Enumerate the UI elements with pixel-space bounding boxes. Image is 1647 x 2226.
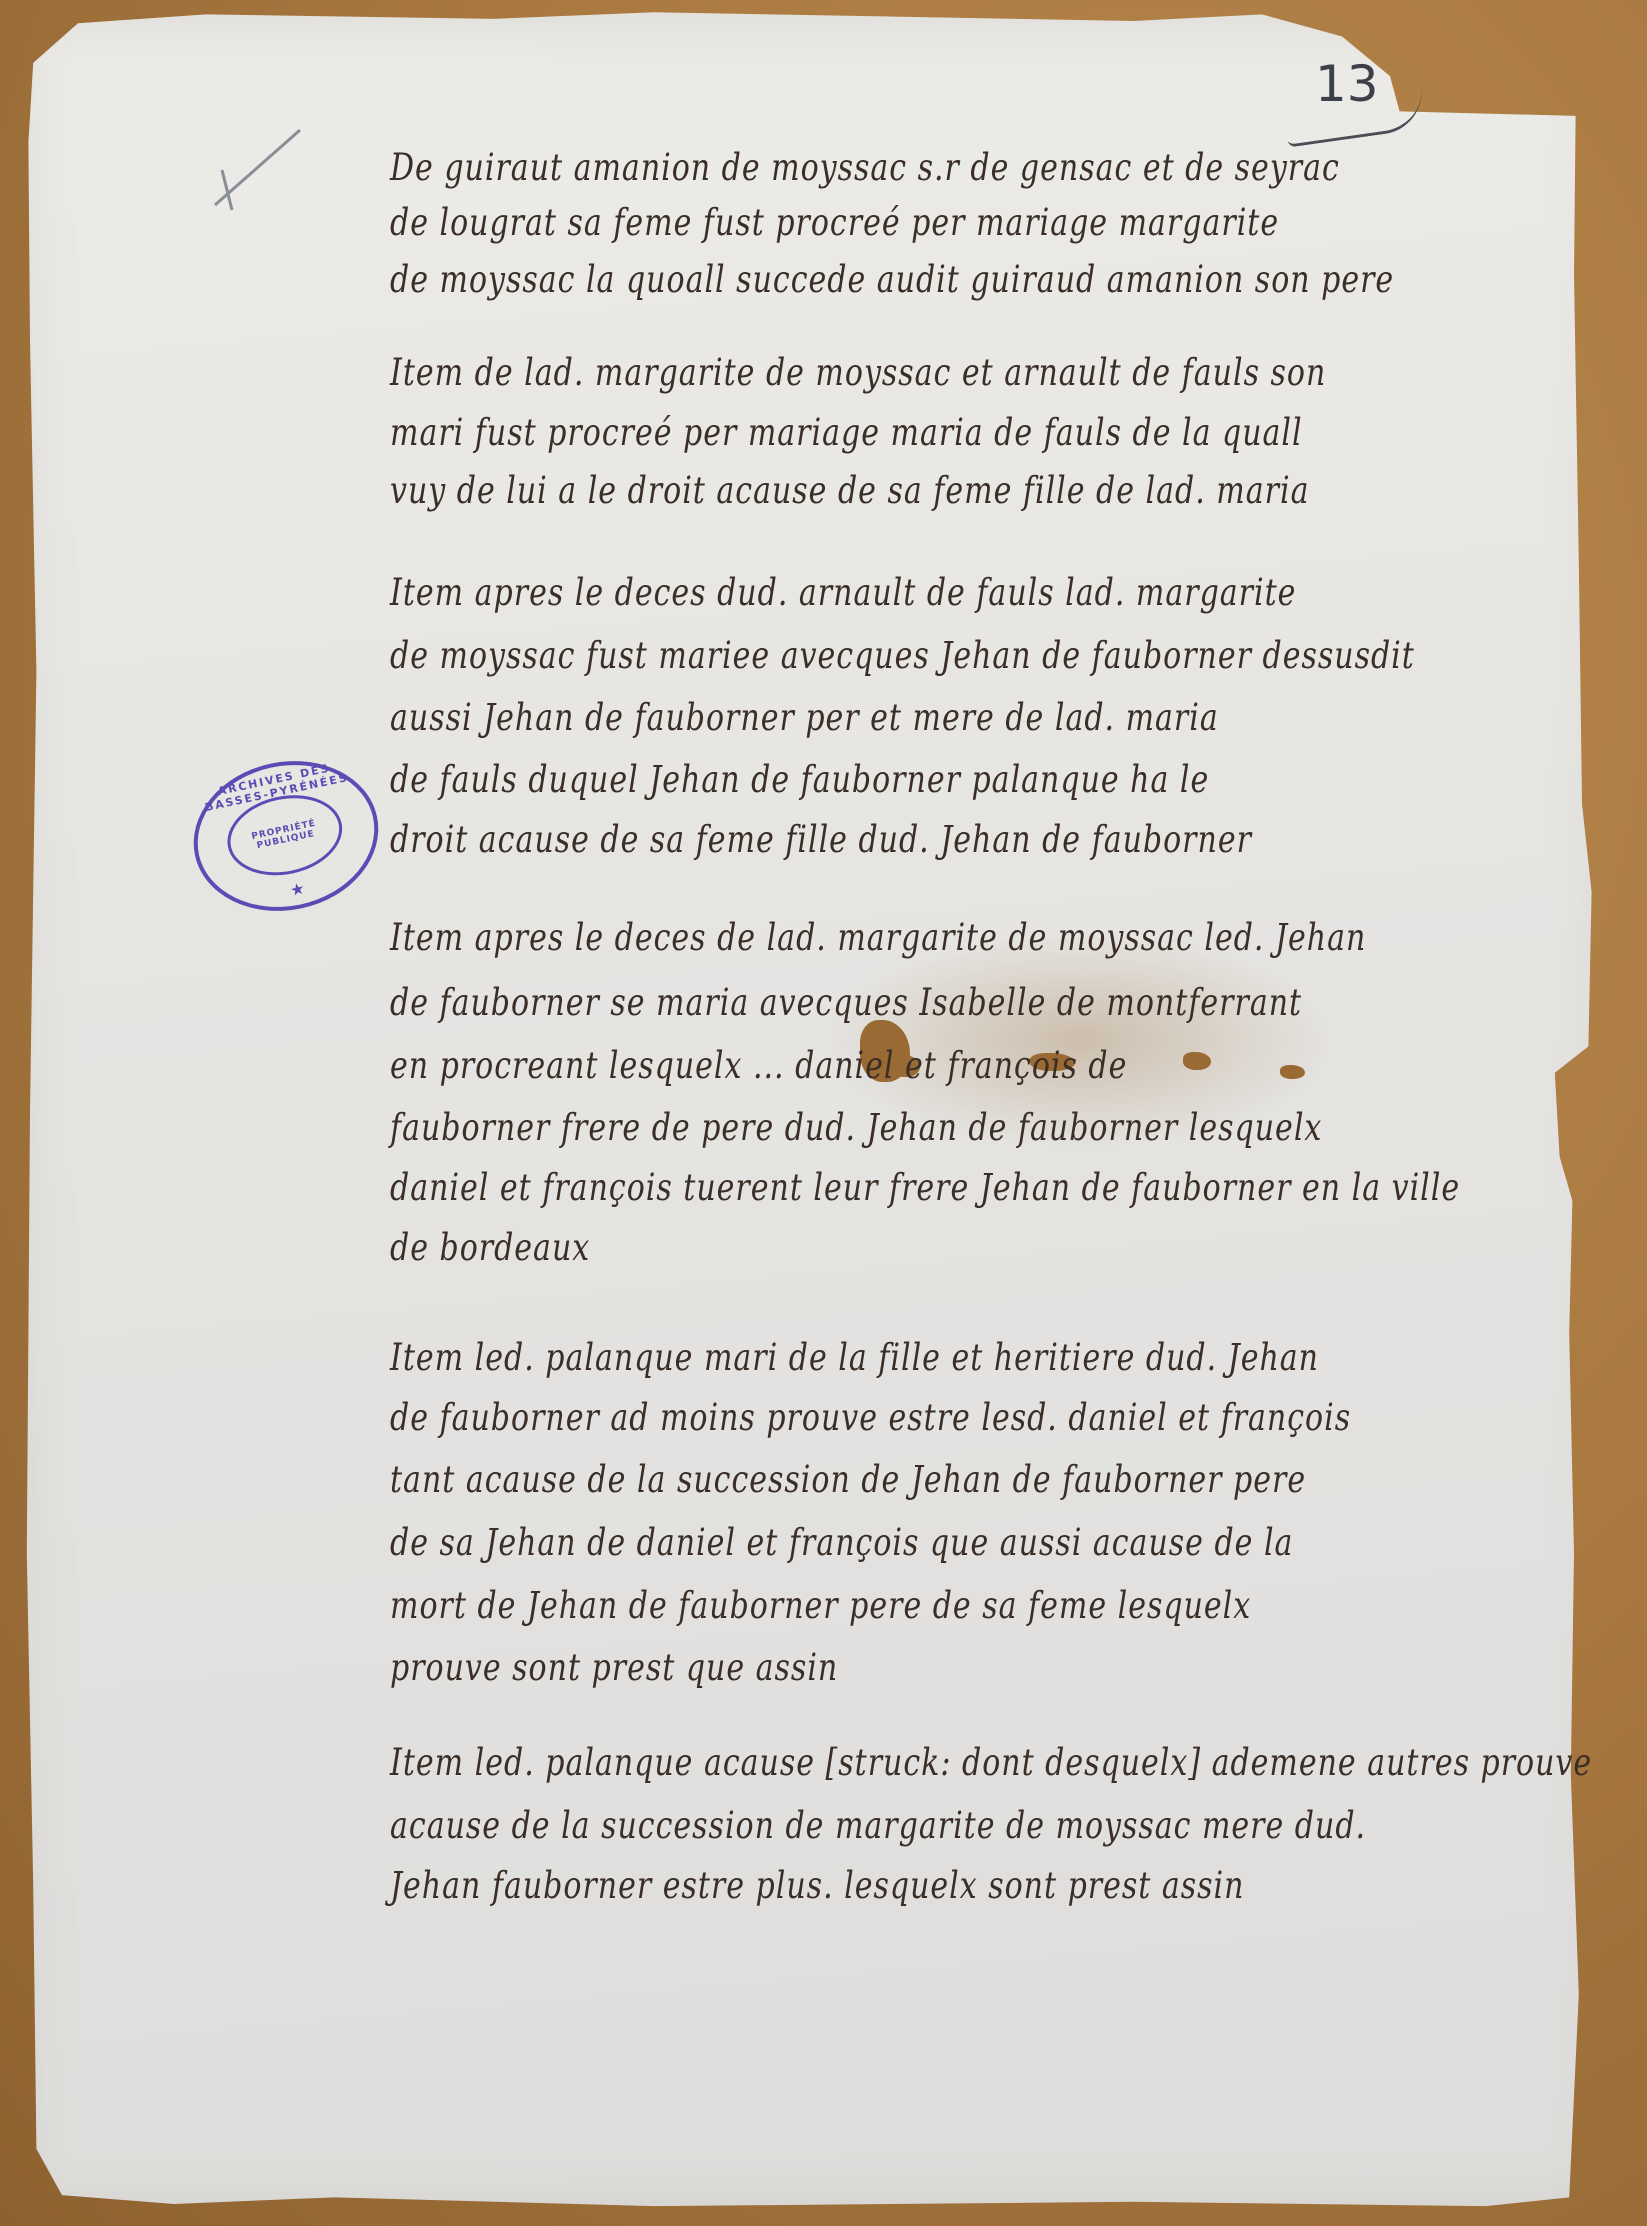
manuscript-line: prouve sont prest que assin xyxy=(390,1650,838,1688)
manuscript-line: tant acause de la succession de Jehan de… xyxy=(390,1462,1306,1500)
manuscript-line: de fauls duquel Jehan de fauborner palan… xyxy=(390,762,1209,800)
manuscript-line: mari fust procreé per mariage maria de f… xyxy=(390,415,1303,453)
manuscript-line: Item apres le deces dud. arnault de faul… xyxy=(390,575,1296,613)
manuscript-line: fauborner frere de pere dud. Jehan de fa… xyxy=(390,1110,1322,1148)
manuscript-line: De guiraut amanion de moyssac s.r de gen… xyxy=(390,150,1340,188)
manuscript-line: de bordeaux xyxy=(390,1230,590,1268)
manuscript-line: Item de lad. margarite de moyssac et arn… xyxy=(390,355,1326,393)
manuscript-line: Item apres le deces de lad. margarite de… xyxy=(390,920,1366,958)
manuscript-line: Item led. palanque acause [struck: dont … xyxy=(390,1745,1592,1783)
manuscript-line: mort de Jehan de fauborner pere de sa fe… xyxy=(390,1588,1251,1626)
burn-hole xyxy=(1280,1065,1305,1079)
manuscript-line: de fauborner ad moins prouve estre lesd.… xyxy=(390,1400,1351,1438)
pencil-x-mark-icon xyxy=(200,125,310,215)
manuscript-line: en procreant lesquelx ... daniel et fran… xyxy=(390,1048,1127,1086)
manuscript-line: de lougrat sa feme fust procreé per mari… xyxy=(390,205,1279,243)
manuscript-line: Item led. palanque mari de la fille et h… xyxy=(390,1340,1319,1378)
manuscript-line: Jehan fauborner estre plus. lesquelx son… xyxy=(390,1868,1244,1906)
manuscript-line: vuy de lui a le droit acause de sa feme … xyxy=(390,473,1309,511)
manuscript-line: acause de la succession de margarite de … xyxy=(390,1808,1366,1846)
burn-hole xyxy=(1183,1052,1211,1070)
manuscript-line: de fauborner se maria avecques Isabelle … xyxy=(390,985,1302,1023)
manuscript-line: de moyssac la quoall succede audit guira… xyxy=(390,262,1394,300)
manuscript-line: droit acause de sa feme fille dud. Jehan… xyxy=(390,822,1252,860)
manuscript-line: de moyssac fust mariee avecques Jehan de… xyxy=(390,638,1415,676)
manuscript-line: daniel et françois tuerent leur frere Je… xyxy=(390,1170,1460,1208)
manuscript-line: aussi Jehan de fauborner per et mere de … xyxy=(390,700,1219,738)
manuscript-line: de sa Jehan de daniel et françois que au… xyxy=(390,1525,1293,1563)
